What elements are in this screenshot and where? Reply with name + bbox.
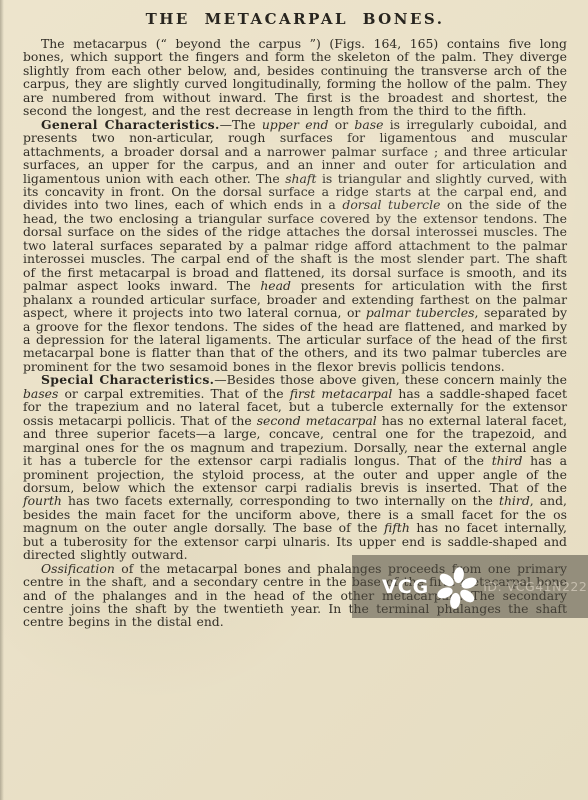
paragraph: General Characteristics.—The upper end o… [23,118,567,374]
page-content: THE METACARPAL BONES. The metacarpus (“ … [0,0,588,629]
text-segment: The metacarpus (“ beyond the carpus ”) (… [23,36,567,118]
paragraph: The metacarpus (“ beyond the carpus ”) (… [23,37,567,118]
vcg-flower-icon [431,559,483,615]
vcg-brand-text: VCG [382,576,429,598]
book-page: THE METACARPAL BONES. The metacarpus (“ … [0,0,588,800]
watermark-id-text: ID: VCG41N2224884913 [483,579,588,594]
stock-watermark: VCG ID: VCG41N2224884913 [352,555,588,618]
page-title: THE METACARPAL BONES. [23,10,567,28]
paragraph: Special Characteristics.—Besides those a… [23,373,567,561]
page-text: The metacarpus (“ beyond the carpus ”) (… [23,37,567,629]
